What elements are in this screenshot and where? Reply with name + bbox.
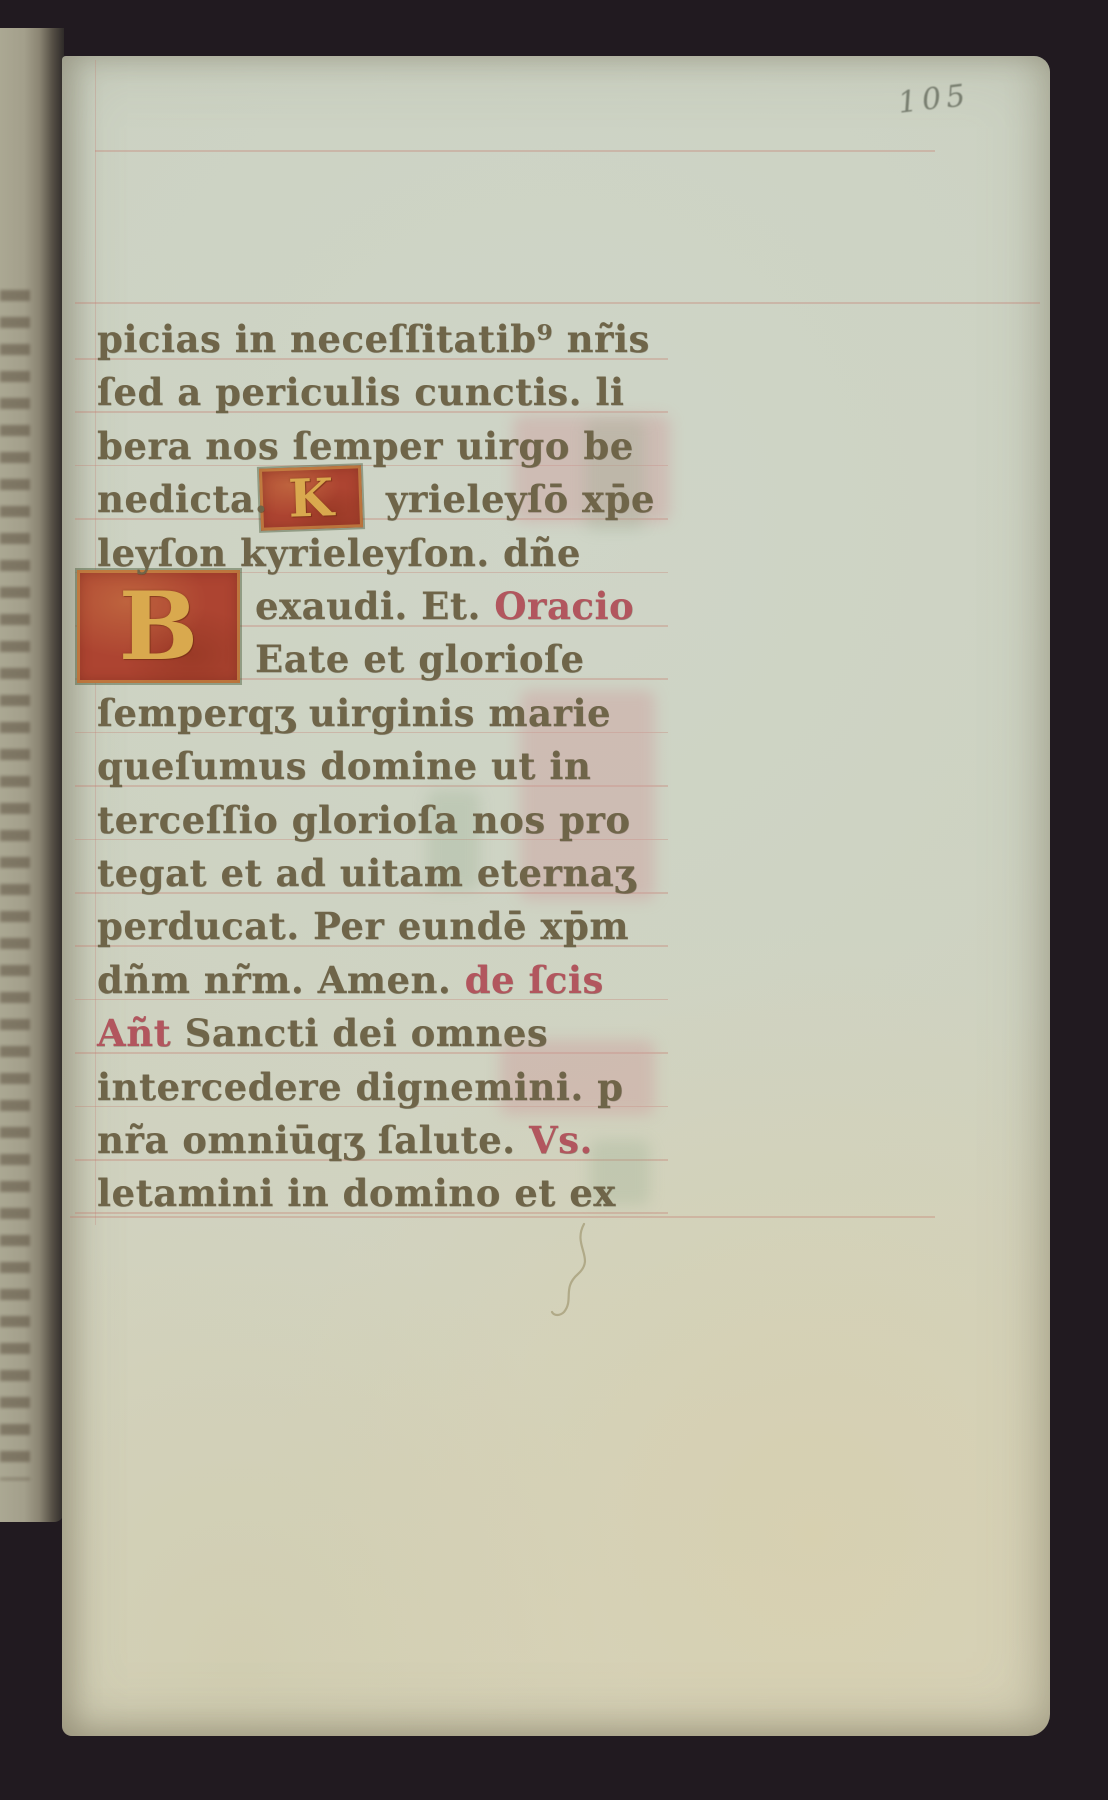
text-segment: dñm nr̃m. Amen. [97, 958, 465, 1002]
text-line: dñm nr̃m. Amen. de ſcis [97, 956, 604, 1004]
illuminated-initial-b: B [77, 570, 240, 683]
ruling-line [95, 150, 935, 152]
facing-page-edge [0, 28, 64, 1522]
text-segment: Sancti dei omnes [185, 1011, 549, 1055]
text-segment: Oracio [494, 584, 634, 628]
text-line: ſemperqʒ uirginis marie [97, 689, 611, 737]
text-segment: Eate et glorioſe [255, 637, 585, 681]
text-segment: picias in neceſſitatib⁹ nr̃is [97, 317, 650, 361]
text-line: intercedere dignemini. p [97, 1063, 624, 1111]
text-segment: perducat. Per eundē xp̄m [97, 904, 629, 948]
manuscript-photo: K B picias in neceſſitatib⁹ nr̃isſed a p… [0, 0, 1108, 1800]
manuscript-page: K B picias in neceſſitatib⁹ nr̃isſed a p… [62, 56, 1050, 1736]
text-segment: ſemperqʒ uirginis marie [97, 691, 611, 735]
initial-letter: B [119, 572, 198, 682]
text-line: bera nos ſemper uirgo be [97, 422, 634, 470]
text-segment: letamini in domino et ex [97, 1171, 616, 1215]
text-segment: nr̃a omniūqʒ ſalute. [97, 1118, 529, 1162]
text-segment: exaudi. Et. [255, 584, 494, 628]
text-segment: Vs. [529, 1118, 593, 1162]
text-line: ſed a periculis cunctis. li [97, 368, 625, 416]
text-segment: nedicta. [97, 477, 268, 521]
text-segment: queſumus domine ut in [97, 744, 591, 788]
facing-page-text-fragments [0, 290, 30, 1480]
text-line: terceſſio glorioſa nos pro [97, 796, 631, 844]
text-segment: terceſſio glorioſa nos pro [97, 798, 631, 842]
text-line: perducat. Per eundē xp̄m [97, 902, 629, 950]
text-line: exaudi. Et. Oracio [255, 582, 634, 630]
folio-number: 105 [896, 78, 972, 122]
text-line: Añt Sancti dei omnes [97, 1009, 548, 1057]
text-segment: tegat et ad uitam eternaʒ [97, 851, 636, 895]
text-segment: Añt [97, 1011, 185, 1055]
text-line: leyſon kyrieleyſon. dñe [97, 529, 581, 577]
text-line: tegat et ad uitam eternaʒ [97, 849, 636, 897]
text-segment: de ſcis [465, 958, 604, 1002]
text-line: picias in neceſſitatib⁹ nr̃is [97, 315, 650, 363]
text-segment: intercedere dignemini. p [97, 1065, 624, 1109]
text-line: letamini in domino et ex [97, 1169, 616, 1217]
text-segment: bera nos ſemper uirgo be [97, 424, 634, 468]
text-line: nr̃a omniūqʒ ſalute. Vs. [97, 1116, 593, 1164]
text-segment: ſed a periculis cunctis. li [97, 370, 625, 414]
ruling-line [75, 302, 1040, 304]
text-line: queſumus domine ut in [97, 742, 591, 790]
pen-flourish [540, 1220, 604, 1320]
text-segment: yrieleyſō xp̄e [386, 477, 655, 521]
text-segment: leyſon kyrieleyſon. dñe [97, 531, 581, 575]
text-line: Eate et glorioſe [255, 635, 585, 683]
text-line: nedicta.yrieleyſō xp̄e [97, 475, 655, 523]
